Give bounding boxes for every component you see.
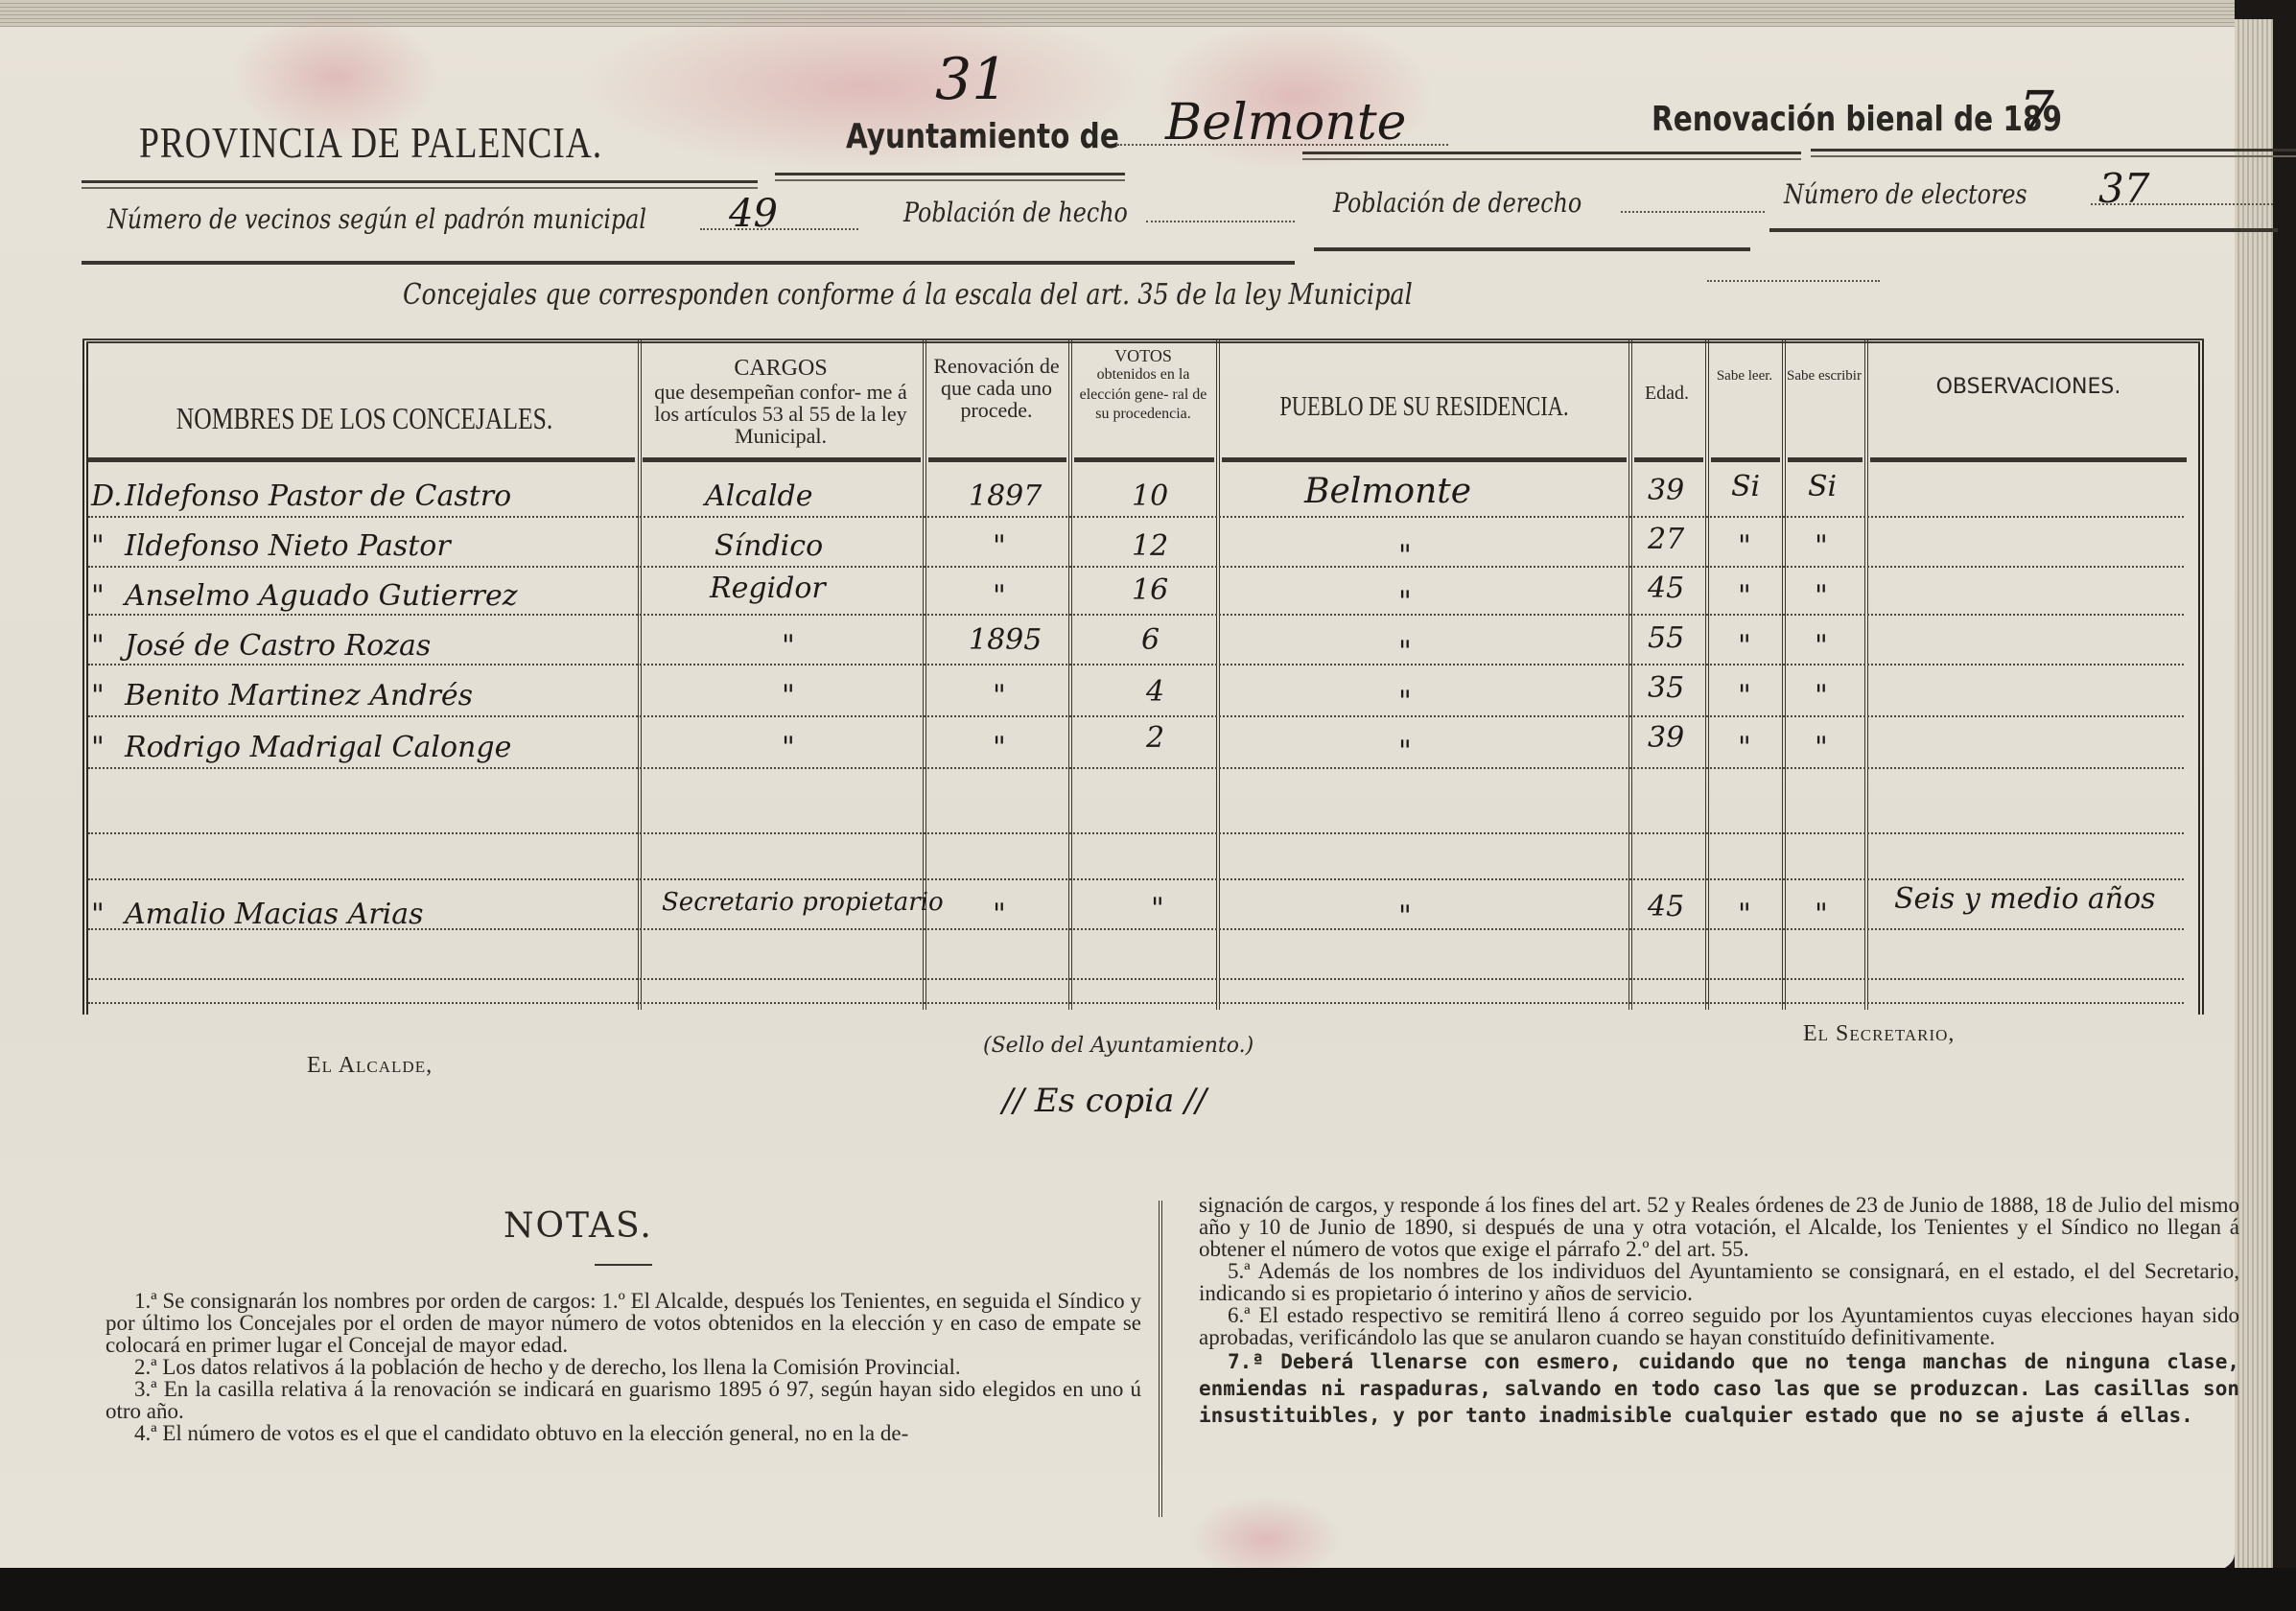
row-edad: 45 (1648, 890, 1684, 923)
nota-2: 2.ª Los datos relativos á la población d… (105, 1356, 1141, 1378)
nota-7: 7.ª Deberá llenarse con esmero, cuidando… (1199, 1348, 2239, 1429)
row-nombre: Benito Martinez Andrés (125, 679, 473, 712)
row-line (88, 664, 2184, 665)
row-nombre: José de Castro Rozas (125, 629, 431, 663)
header-nombres: NOMBRES DE LOS CONCEJALES. (150, 403, 579, 435)
secretario-label: El Secretario, (1803, 1021, 1955, 1047)
header-cargos: CARGOS que desempeñan confor- me á los a… (641, 357, 921, 447)
poblacion-derecho-label: Población de derecho (1333, 187, 1581, 219)
row-prefix: " (91, 629, 105, 663)
header-rule (928, 457, 1066, 462)
rule (82, 261, 1295, 265)
header-votos-sub: obtenidos en la elección gene- ral de su… (1072, 365, 1214, 425)
renovacion-year: 7 (2019, 79, 2054, 144)
header-edad: Edad. (1630, 384, 1703, 404)
nota-4: 4.ª El número de votos es el que el cand… (105, 1422, 1141, 1444)
row-prefix: " (91, 898, 105, 931)
col-divider (1705, 339, 1709, 1010)
row-votos: 10 (1132, 479, 1168, 513)
row-votos: 2 (1146, 721, 1164, 755)
row-renovacion: " (993, 679, 1006, 712)
header-rule (643, 457, 921, 462)
row-edad: 45 (1648, 572, 1684, 605)
page-stack-edge (2235, 19, 2273, 1582)
electores-line (2091, 203, 2273, 205)
row-renovacion: " (993, 579, 1006, 613)
row-cargo: Regidor (710, 572, 826, 605)
rule (775, 173, 1125, 181)
row-line (88, 832, 2184, 834)
row-leer: " (1738, 629, 1751, 663)
row-edad: 27 (1648, 523, 1684, 556)
row-prefix: D. (91, 479, 123, 513)
notas-left-column: 1.ª Se consignarán los nombres por orden… (105, 1290, 1141, 1444)
sello-label: (Sello del Ayuntamiento.) (983, 1034, 1253, 1058)
row-nombre: Anselmo Aguado Gutierrez (125, 579, 518, 613)
header-sabe-escribir: Sabe escribir (1786, 361, 1863, 392)
row-votos: " (1151, 892, 1164, 925)
row-renovacion: " (993, 898, 1006, 931)
vecinos-value: 49 (729, 192, 778, 236)
page-number: 31 (935, 46, 1008, 113)
col-divider (1628, 339, 1632, 1010)
row-line (88, 516, 2184, 518)
col-divider (1216, 339, 1220, 1010)
header-votos-title: VOTOS (1072, 347, 1214, 365)
header-rule (1788, 457, 1863, 462)
header-pueblo: PUEBLO DE SU RESIDENCIA. (1263, 393, 1585, 421)
header-renovacion: Renovación de que cada uno procede. (928, 355, 1065, 421)
row-leer: " (1738, 579, 1751, 613)
rule (1769, 228, 2278, 232)
row-line (88, 614, 2184, 616)
header-rule (1634, 457, 1703, 462)
poblacion-derecho-line (1621, 211, 1765, 213)
header-sabe-leer: Sabe leer. (1709, 361, 1780, 392)
electores-label: Número de electores (1784, 178, 2027, 210)
vecinos-line (700, 228, 858, 230)
row-cargo: " (782, 679, 795, 712)
header-rule (1222, 457, 1627, 462)
es-copia-annotation: // Es copia // (1002, 1082, 1207, 1120)
notas-right-column: signación de cargos, y responde á los fi… (1199, 1194, 2239, 1429)
col-divider (1068, 339, 1072, 1010)
row-escribir: Si (1808, 470, 1837, 503)
row-edad: 39 (1648, 474, 1684, 507)
header-rule (1870, 457, 2187, 462)
row-pueblo: " (1398, 899, 1412, 933)
header-votos: VOTOS obtenidos en la elección gene- ral… (1072, 347, 1214, 425)
nota-3: 3.ª En la casilla relativa á la renovaci… (105, 1378, 1141, 1422)
row-leer: " (1738, 731, 1751, 764)
row-line (88, 767, 2184, 769)
row-line (88, 1002, 2184, 1004)
row-line (88, 715, 2184, 717)
row-edad: 55 (1648, 621, 1684, 655)
poblacion-hecho-label: Población de hecho (903, 197, 1128, 228)
row-pueblo: " (1398, 685, 1412, 718)
row-cargo: Secretario propietario (662, 888, 944, 917)
concejales-dotline (1707, 280, 1880, 282)
header-observaciones: OBSERVACIONES. (1870, 376, 2187, 398)
row-prefix: " (91, 731, 105, 764)
row-edad: 35 (1648, 671, 1684, 705)
rule (1314, 247, 1750, 251)
row-votos: 4 (1146, 675, 1164, 709)
row-prefix: " (91, 579, 105, 613)
row-nombre: Rodrigo Madrigal Calonge (125, 731, 511, 764)
row-cargo: " (782, 731, 795, 764)
poblacion-hecho-line (1146, 221, 1295, 222)
header-rule (1711, 457, 1780, 462)
row-escribir: " (1815, 679, 1828, 712)
nota-5: 5.ª Además de los nombres de los individ… (1199, 1260, 2239, 1304)
rule (1811, 149, 2296, 157)
row-pueblo: Belmonte (1304, 472, 1471, 511)
row-votos: 16 (1132, 573, 1168, 607)
ayuntamiento-label: Ayuntamiento de (846, 117, 1119, 156)
notas-rule (595, 1264, 652, 1266)
row-nombre: Amalio Macias Arias (125, 898, 423, 931)
row-renovacion: 1895 (969, 623, 1042, 657)
provincia-title: PROVINCIA DE PALENCIA. (139, 117, 602, 168)
nota-1: 1.ª Se consignarán los nombres por orden… (105, 1290, 1141, 1356)
row-line (88, 978, 2184, 980)
rule (1302, 152, 1801, 160)
row-nombre: Ildefonso Nieto Pastor (125, 529, 451, 563)
alcalde-label: El Alcalde, (307, 1053, 433, 1079)
header-rule (1074, 457, 1214, 462)
row-cargo: Síndico (715, 529, 823, 563)
header-rule (88, 457, 635, 462)
row-nombre: Ildefonso Pastor de Castro (125, 479, 511, 513)
row-pueblo: " (1398, 585, 1412, 619)
notas-divider (1159, 1201, 1162, 1517)
row-cargo: Alcalde (705, 479, 813, 513)
header-cargos-sub: que desempeñan confor- me á los artículo… (641, 381, 921, 447)
ayuntamiento-value: Belmonte (1165, 94, 1406, 152)
row-leer: " (1738, 898, 1751, 931)
row-escribir: " (1815, 579, 1828, 613)
row-edad: 39 (1648, 721, 1684, 755)
renovacion-label: Renovación bienal de 189 (1652, 100, 2062, 139)
row-pueblo: " (1398, 735, 1412, 768)
row-votos: 6 (1141, 623, 1160, 657)
nota-4-cont: signación de cargos, y responde á los fi… (1199, 1194, 2239, 1260)
row-escribir: " (1815, 731, 1828, 764)
row-observaciones: Seis y medio años (1894, 882, 2156, 916)
row-renovacion: " (993, 529, 1006, 563)
notas-title: NOTAS. (504, 1206, 653, 1246)
vecinos-label: Número de vecinos según el padrón munici… (107, 203, 646, 235)
row-pueblo: " (1398, 635, 1412, 668)
rule (82, 180, 758, 189)
header-cargos-title: CARGOS (641, 357, 921, 381)
col-divider (1864, 339, 1868, 1010)
row-line (88, 566, 2184, 568)
row-line (88, 878, 2184, 880)
row-pueblo: " (1398, 539, 1412, 572)
row-prefix: " (91, 679, 105, 712)
row-escribir: " (1815, 898, 1828, 931)
col-divider (1782, 339, 1786, 1010)
concejales-line: Concejales que corresponden conforme á l… (403, 278, 1413, 312)
row-leer: " (1738, 529, 1751, 563)
row-escribir: " (1815, 629, 1828, 663)
row-leer: " (1738, 679, 1751, 712)
row-escribir: " (1815, 529, 1828, 563)
row-renovacion: " (993, 731, 1006, 764)
row-renovacion: 1897 (969, 479, 1042, 513)
row-leer: Si (1731, 470, 1760, 503)
row-votos: 12 (1132, 529, 1168, 563)
nota-6: 6.ª El estado respectivo se remitirá lle… (1199, 1304, 2239, 1348)
book-bottom-shadow (0, 1568, 2296, 1611)
row-prefix: " (91, 529, 105, 563)
row-cargo: " (782, 629, 795, 663)
